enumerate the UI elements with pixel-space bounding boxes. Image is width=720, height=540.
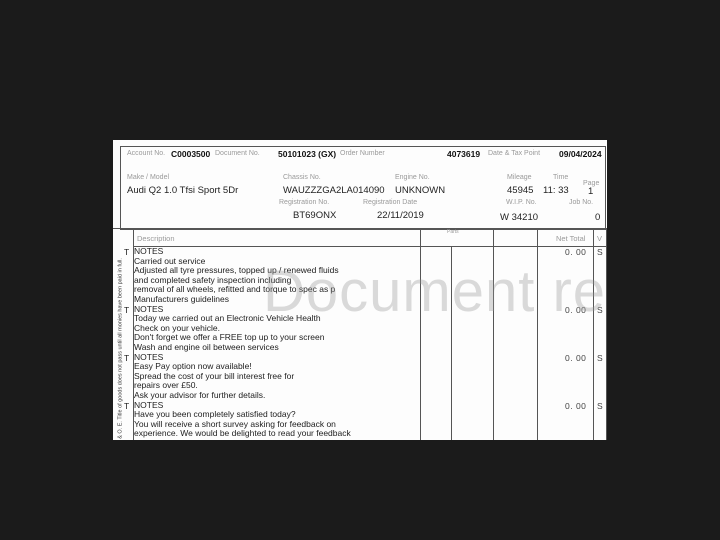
row-vat-code: S — [597, 247, 603, 257]
account-label: Account No. — [127, 150, 165, 157]
date-label: Date & Tax Point — [488, 150, 540, 157]
row-net-total: 0. 00 — [565, 247, 586, 257]
order-value: 4073619 — [447, 149, 480, 159]
invoice-document: Account No. C0003500 Document No. 501010… — [113, 140, 607, 440]
mileage-label: Mileage — [507, 174, 532, 181]
row-type-flag: T — [124, 353, 129, 363]
row-type-flag: T — [124, 401, 129, 411]
engine-label: Engine No. — [395, 174, 430, 181]
terms-sidebar-text: E. & O. E. Title of goods does not pass … — [118, 231, 124, 441]
row-net-total: 0. 00 — [565, 353, 586, 363]
time-value: 11: 33 — [543, 185, 569, 196]
reg-date-value: 22/11/2019 — [377, 210, 424, 221]
col-sep-5 — [593, 228, 594, 440]
chassis-value: WAUZZZGA2LA014090 — [283, 185, 385, 196]
job-value: 0 — [595, 212, 600, 223]
row-vat-code: S — [597, 305, 603, 315]
parts-header: Parts — [447, 229, 459, 235]
row-net-total: 0. 00 — [565, 401, 586, 411]
registration-label: Registration No. — [279, 199, 329, 206]
row-vat-code: S — [597, 401, 603, 411]
make-model-label: Make / Model — [127, 174, 169, 181]
row-net-total: 0. 00 — [565, 305, 586, 315]
reg-date-label: Registration Date — [363, 199, 417, 206]
row-description-line: experience. We would be delighted to rea… — [134, 429, 351, 439]
description-header: Description — [137, 234, 175, 243]
job-label: Job No. — [569, 199, 593, 206]
table-right-border — [606, 228, 607, 440]
col-sep-1 — [420, 228, 421, 440]
col-sep-2 — [451, 246, 452, 440]
wip-value: W 34210 — [500, 212, 538, 223]
document-label: Document No. — [215, 150, 260, 157]
col-sep-4 — [537, 228, 538, 440]
time-label: Time — [553, 174, 568, 181]
net-total-header: Net Total — [556, 234, 585, 243]
v-header: V — [597, 234, 602, 243]
date-value: 09/04/2024 — [559, 149, 602, 159]
row-type-flag: T — [124, 247, 129, 257]
document-value: 50101023 (GX) — [278, 149, 336, 159]
make-model-value: Audi Q2 1.0 Tfsi Sport 5Dr — [127, 185, 238, 196]
row-type-flag: T — [124, 305, 129, 315]
registration-value: BT69ONX — [293, 210, 336, 221]
row-vat-code: S — [597, 353, 603, 363]
page-value: 1 — [588, 186, 593, 197]
wip-label: W.I.P. No. — [506, 199, 537, 206]
chassis-label: Chassis No. — [283, 174, 321, 181]
col-sep-3 — [493, 228, 494, 440]
table-top-border — [113, 228, 607, 229]
account-value: C0003500 — [171, 149, 210, 159]
order-label: Order Number — [340, 150, 385, 157]
engine-value: UNKNOWN — [395, 185, 445, 196]
mileage-value: 45945 — [507, 185, 533, 196]
